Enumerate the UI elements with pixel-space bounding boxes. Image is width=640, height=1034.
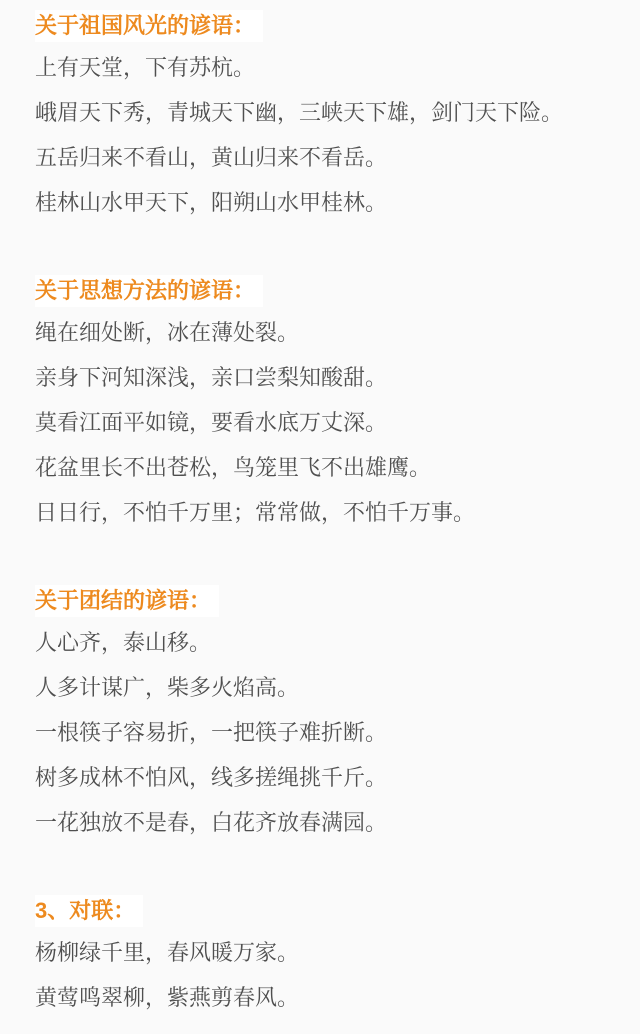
proverb-line: 亲身下河知深浅，亲口尝梨知酸甜。 <box>35 365 620 390</box>
section-heading: 关于祖国风光的谚语： <box>35 10 263 42</box>
section-heading: 关于思想方法的谚语： <box>35 275 263 307</box>
proverb-line: 黄莺鸣翠柳，紫燕剪春风。 <box>35 985 620 1010</box>
proverb-line: 日日行，不怕千万里；常常做，不怕千万事。 <box>35 500 620 525</box>
proverb-line: 树多成林不怕风，线多搓绳挑千斤。 <box>35 765 620 790</box>
proverb-line: 峨眉天下秀，青城天下幽，三峡天下雄，剑门天下险。 <box>35 100 620 125</box>
proverb-line: 上有天堂，下有苏杭。 <box>35 55 620 80</box>
proverb-line: 桂林山水甲天下，阳朔山水甲桂林。 <box>35 190 620 215</box>
proverb-line: 花盆里长不出苍松，鸟笼里飞不出雄鹰。 <box>35 455 620 480</box>
section-heading: 关于团结的谚语： <box>35 585 219 617</box>
proverb-line: 杨柳绿千里，春风暖万家。 <box>35 940 620 965</box>
proverb-line: 一花独放不是春，白花齐放春满园。 <box>35 810 620 835</box>
proverb-line: 人心齐，泰山移。 <box>35 630 620 655</box>
proverb-line: 五岳归来不看山，黄山归来不看岳。 <box>35 145 620 170</box>
proverb-line: 莫看江面平如镜，要看水底万丈深。 <box>35 410 620 435</box>
section-unity: 关于团结的谚语： 人心齐，泰山移。 人多计谋广，柴多火焰高。 一根筷子容易折，一… <box>35 545 620 855</box>
section-thinking-methods: 关于思想方法的谚语： 绳在细处断，冰在薄处裂。 亲身下河知深浅，亲口尝梨知酸甜。… <box>35 235 620 545</box>
proverbs-article: 关于祖国风光的谚语： 上有天堂，下有苏杭。 峨眉天下秀，青城天下幽，三峡天下雄，… <box>0 0 640 1030</box>
proverb-line: 绳在细处断，冰在薄处裂。 <box>35 320 620 345</box>
section-heading: 3、对联： <box>35 895 143 927</box>
section-couplets: 3、对联： 杨柳绿千里，春风暖万家。 黄莺鸣翠柳，紫燕剪春风。 <box>35 855 620 1030</box>
proverb-line: 人多计谋广，柴多火焰高。 <box>35 675 620 700</box>
proverb-line: 一根筷子容易折，一把筷子难折断。 <box>35 720 620 745</box>
section-motherland-scenery: 关于祖国风光的谚语： 上有天堂，下有苏杭。 峨眉天下秀，青城天下幽，三峡天下雄，… <box>35 10 620 235</box>
